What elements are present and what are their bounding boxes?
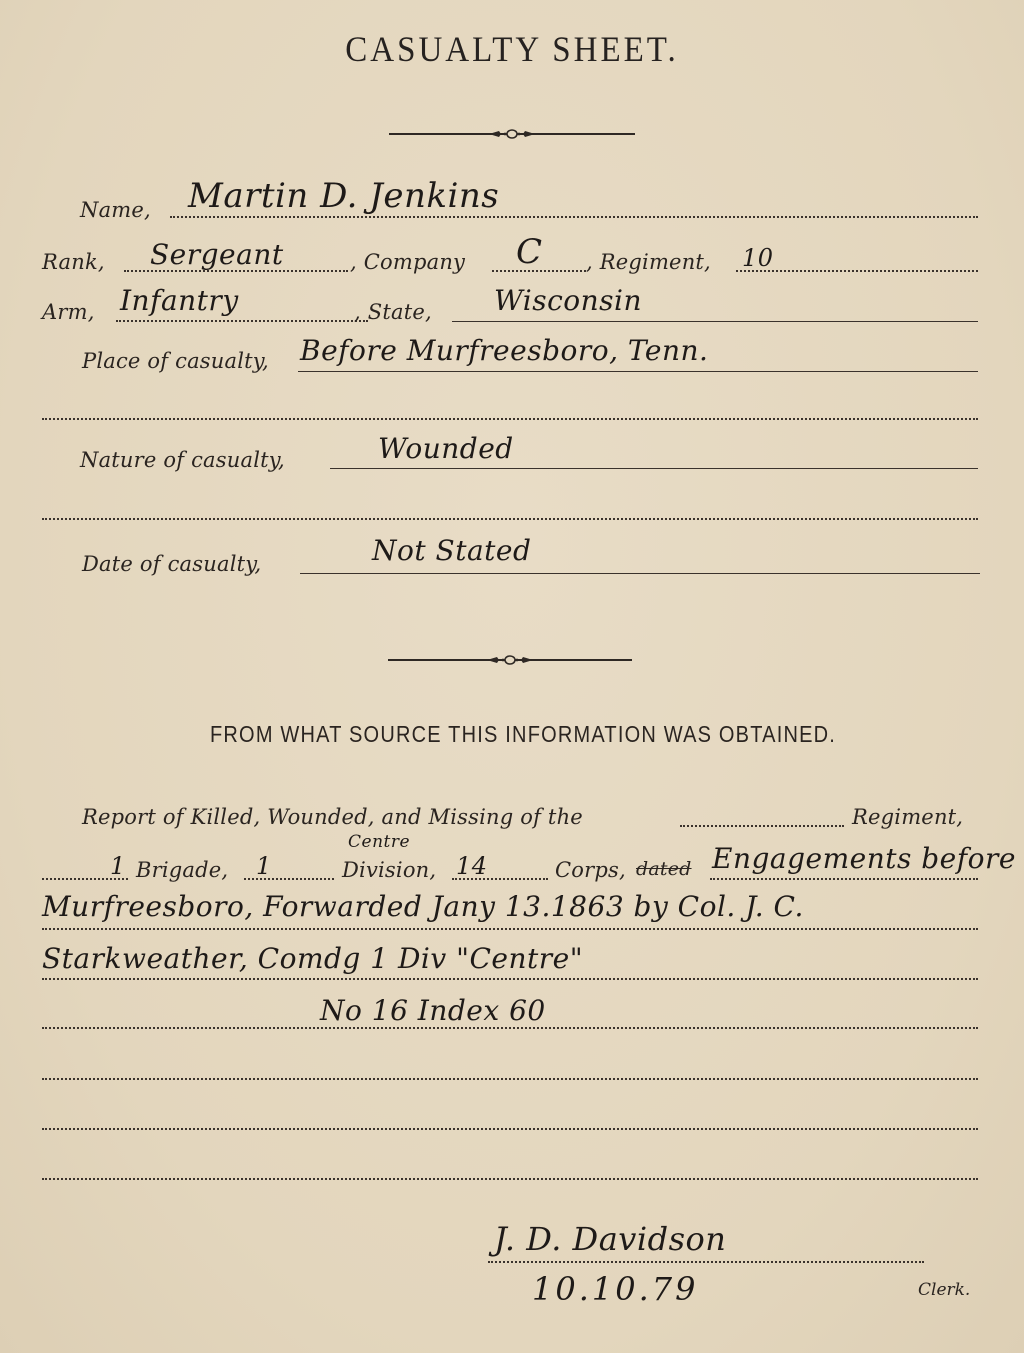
date-value[interactable]: Not Stated [372,534,531,567]
company-value[interactable]: C [516,232,543,272]
name-field-line [170,216,978,218]
division-label: Division, [342,858,436,882]
division-note[interactable]: Centre [348,832,410,852]
ornament-flourish-icon [487,655,533,665]
source-line-4[interactable]: No 16 Index 60 [320,994,546,1027]
arm-field-line [116,320,368,322]
date-field-line [300,573,980,574]
report-label: Report of Killed, Wounded, and Missing o… [82,805,583,829]
source-line-2[interactable]: Murfreesboro, Forwarded Jany 13.1863 by … [42,890,804,923]
place-value[interactable]: Before Murfreesboro, Tenn. [300,334,708,367]
place-field-line [298,371,978,372]
name-label: Name, [80,198,151,222]
nature-value[interactable]: Wounded [378,432,514,465]
casualty-sheet-page: CASUALTY SHEET. Name, Martin D. Jenkins … [0,0,1024,1353]
nature-field-line [330,468,978,469]
clerk-signature[interactable]: J. D. Davidson [494,1220,726,1258]
source-line-3-rule [42,978,978,980]
dated-struck-text: dated [636,858,692,880]
signature-line [488,1261,924,1263]
blank-line-1 [42,1078,978,1080]
brigade-value[interactable]: 1 [110,852,126,880]
blank-line-3 [42,1178,978,1180]
corps-label: Corps, [555,858,626,882]
clerk-title: Clerk. [918,1280,970,1300]
report-regiment-line [680,825,844,827]
ornament-flourish-icon [489,129,535,139]
place-extra-line [42,418,978,420]
state-value[interactable]: Wisconsin [494,284,642,317]
ornament-divider-middle [388,654,632,666]
name-value[interactable]: Martin D. Jenkins [188,176,499,216]
state-label: , State, [354,300,432,324]
signature-date[interactable]: 10.10.79 [532,1270,699,1308]
source-heading: FROM WHAT SOURCE THIS INFORMATION WAS OB… [210,722,836,748]
rank-label: Rank, [42,250,105,274]
page-title: CASUALTY SHEET. [0,31,1024,71]
date-label: Date of casualty, [82,552,261,576]
blank-line-2 [42,1128,978,1130]
source-line-3[interactable]: Starkweather, Comdg 1 Div "Centre" [42,942,583,975]
brigade-label: Brigade, [136,858,228,882]
arm-value[interactable]: Infantry [120,284,239,317]
ornament-divider-top [389,128,635,140]
source-line-2-rule [42,928,978,930]
regiment-value[interactable]: 10 [742,244,774,272]
dated-field-line [710,878,978,880]
source-line-1[interactable]: Engagements before [712,842,1016,875]
nature-label: Nature of casualty, [80,448,285,472]
company-label: , Company [350,250,465,274]
corps-value[interactable]: 14 [456,852,488,880]
report-regiment-label: Regiment, [852,805,963,829]
division-value[interactable]: 1 [256,852,272,880]
nature-extra-line [42,518,978,520]
regiment-label: , Regiment, [586,250,711,274]
rank-value[interactable]: Sergeant [150,238,284,271]
place-label: Place of casualty, [82,349,269,373]
source-line-4-rule [42,1027,978,1029]
arm-label: Arm, [42,300,95,324]
state-field-line [452,321,978,322]
